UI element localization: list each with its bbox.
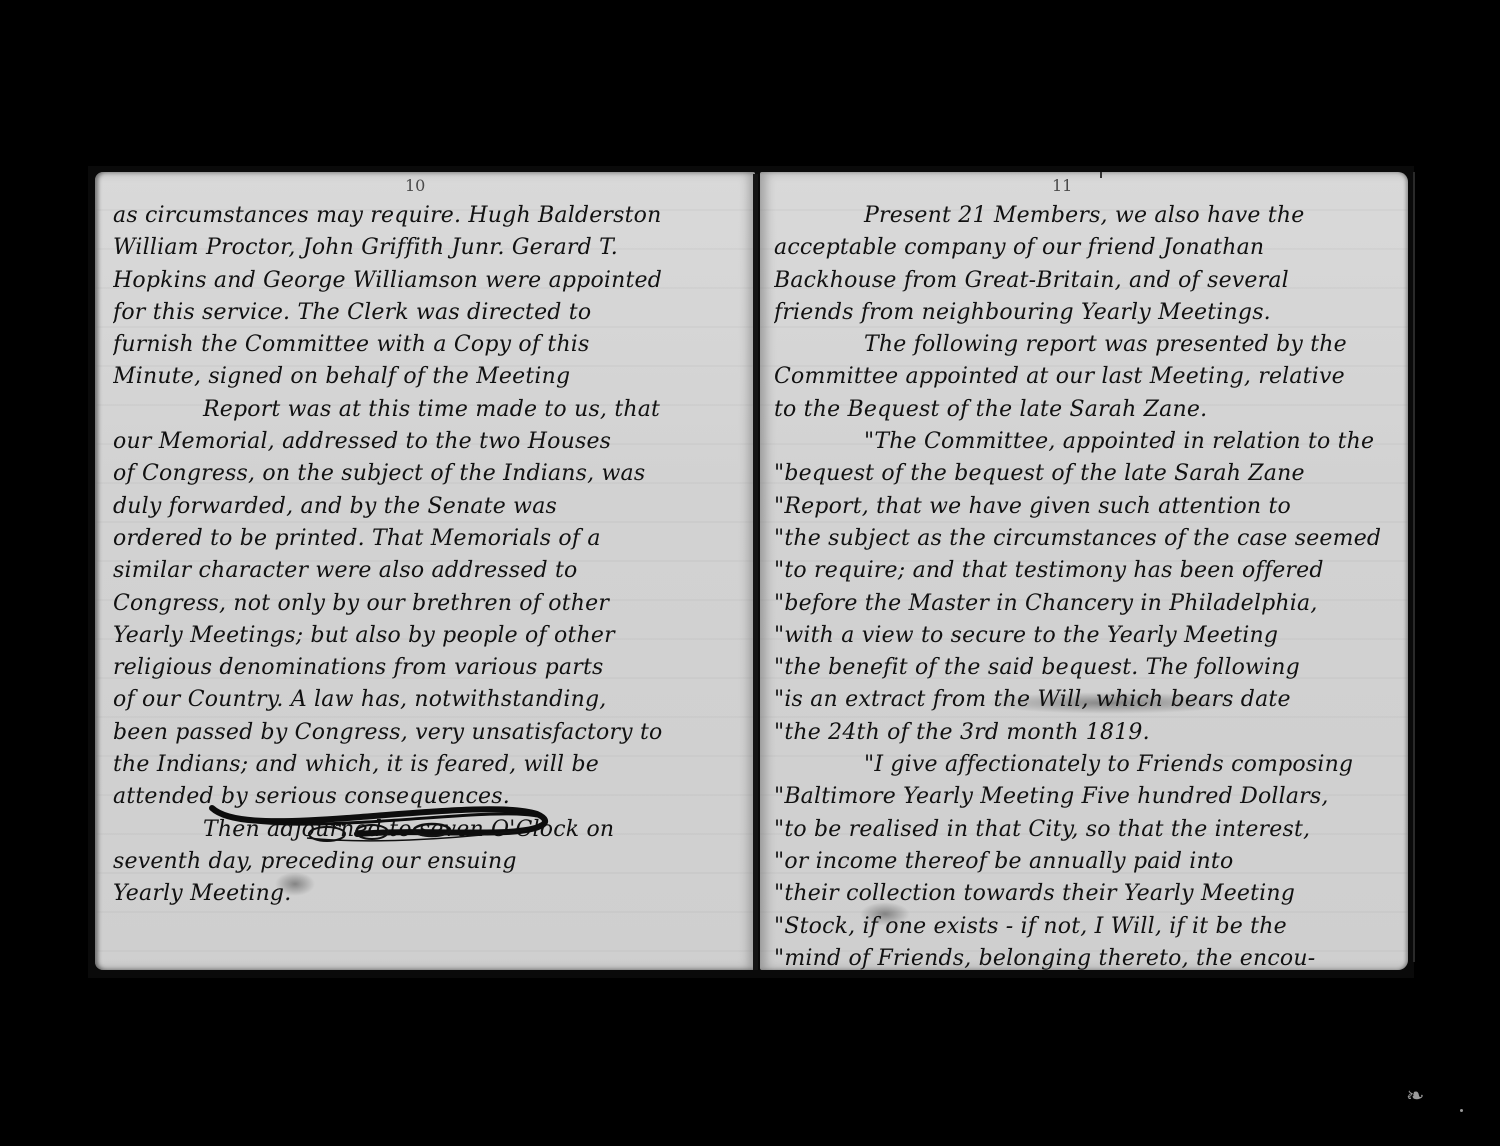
manuscript-line: "to be realised in that City, so that th… xyxy=(774,814,1398,846)
manuscript-line: as circumstances may require. Hugh Balde… xyxy=(113,200,745,232)
manuscript-line: "Report, that we have given such attenti… xyxy=(774,491,1398,523)
manuscript-line: been passed by Congress, very unsatisfac… xyxy=(113,717,745,749)
manuscript-line: "or income thereof be annually paid into xyxy=(774,846,1398,878)
manuscript-line: of our Country. A law has, notwithstandi… xyxy=(113,684,745,716)
manuscript-line: William Proctor, John Griffith Junr. Ger… xyxy=(113,232,745,264)
manuscript-line: "I give affectionately to Friends compos… xyxy=(774,749,1398,781)
flourish-spacer xyxy=(113,911,745,970)
manuscript-line: "Baltimore Yearly Meeting Five hundred D… xyxy=(774,781,1398,813)
manuscript-line: our Memorial, addressed to the two House… xyxy=(113,426,745,458)
manuscript-line: "their collection towards their Yearly M… xyxy=(774,878,1398,910)
manuscript-line: Yearly Meetings; but also by people of o… xyxy=(113,620,745,652)
manuscript-line: Congress, not only by our brethren of ot… xyxy=(113,588,745,620)
page-tick-mark xyxy=(1100,172,1102,178)
scanner-edge-line xyxy=(1413,172,1415,962)
scan-artifact-mark-icon: ❧ xyxy=(1406,1084,1436,1114)
manuscript-line: "the benefit of the said bequest. The fo… xyxy=(774,652,1398,684)
manuscript-line: The following report was presented by th… xyxy=(774,329,1398,361)
manuscript-line: "is an extract from the Will, which bear… xyxy=(774,684,1398,716)
book-gutter xyxy=(753,174,758,970)
manuscript-line: "the 24th of the 3rd month 1819. xyxy=(774,717,1398,749)
manuscript-line: of Congress, on the subject of the India… xyxy=(113,458,745,490)
manuscript-line: "Stock, if one exists - if not, I Will, … xyxy=(774,911,1398,943)
manuscript-line: for this service. The Clerk was directed… xyxy=(113,297,745,329)
manuscript-line: similar character were also addressed to xyxy=(113,555,745,587)
manuscript-line: to the Bequest of the late Sarah Zane. xyxy=(774,394,1398,426)
manuscript-line: duly forwarded, and by the Senate was xyxy=(113,491,745,523)
page-number-left: 10 xyxy=(405,176,425,195)
decorative-flourish-icon xyxy=(207,800,557,848)
manuscript-line: Yearly Meeting. xyxy=(113,878,745,910)
manuscript-line: furnish the Committee with a Copy of thi… xyxy=(113,329,745,361)
manuscript-line: Report was at this time made to us, that xyxy=(113,394,745,426)
manuscript-line: acceptable company of our friend Jonatha… xyxy=(774,232,1398,264)
manuscript-line: Committee appointed at our last Meeting,… xyxy=(774,361,1398,393)
manuscript-line: Backhouse from Great-Britain, and of sev… xyxy=(774,265,1398,297)
right-page-text: Present 21 Members, we also have the acc… xyxy=(774,200,1398,970)
manuscript-line: friends from neighbouring Yearly Meeting… xyxy=(774,297,1398,329)
manuscript-line: "before the Master in Chancery in Philad… xyxy=(774,588,1398,620)
page-number-right: 11 xyxy=(1052,176,1072,195)
manuscript-line: Minute, signed on behalf of the Meeting xyxy=(113,361,745,393)
manuscript-line: the Indians; and which, it is feared, wi… xyxy=(113,749,745,781)
manuscript-line: "bequest of the bequest of the late Sara… xyxy=(774,458,1398,490)
manuscript-line: Hopkins and George Williamson were appoi… xyxy=(113,265,745,297)
left-page-text: as circumstances may require. Hugh Balde… xyxy=(113,200,745,970)
manuscript-line: "to require; and that testimony has been… xyxy=(774,555,1398,587)
right-page: 11 Present 21 Members, we also have the … xyxy=(760,172,1408,970)
scan-dust-dot xyxy=(1460,1109,1463,1112)
manuscript-line: "the subject as the circumstances of the… xyxy=(774,523,1398,555)
manuscript-line: "The Committee, appointed in relation to… xyxy=(774,426,1398,458)
manuscript-line: seventh day, preceding our ensuing xyxy=(113,846,745,878)
manuscript-line: ordered to be printed. That Memorials of… xyxy=(113,523,745,555)
manuscript-line: Present 21 Members, we also have the xyxy=(774,200,1398,232)
manuscript-line: religious denominations from various par… xyxy=(113,652,745,684)
manuscript-line: "mind of Friends, belonging thereto, the… xyxy=(774,943,1398,970)
left-page: 10 as circumstances may require. Hugh Ba… xyxy=(95,172,755,970)
manuscript-line: "with a view to secure to the Yearly Mee… xyxy=(774,620,1398,652)
